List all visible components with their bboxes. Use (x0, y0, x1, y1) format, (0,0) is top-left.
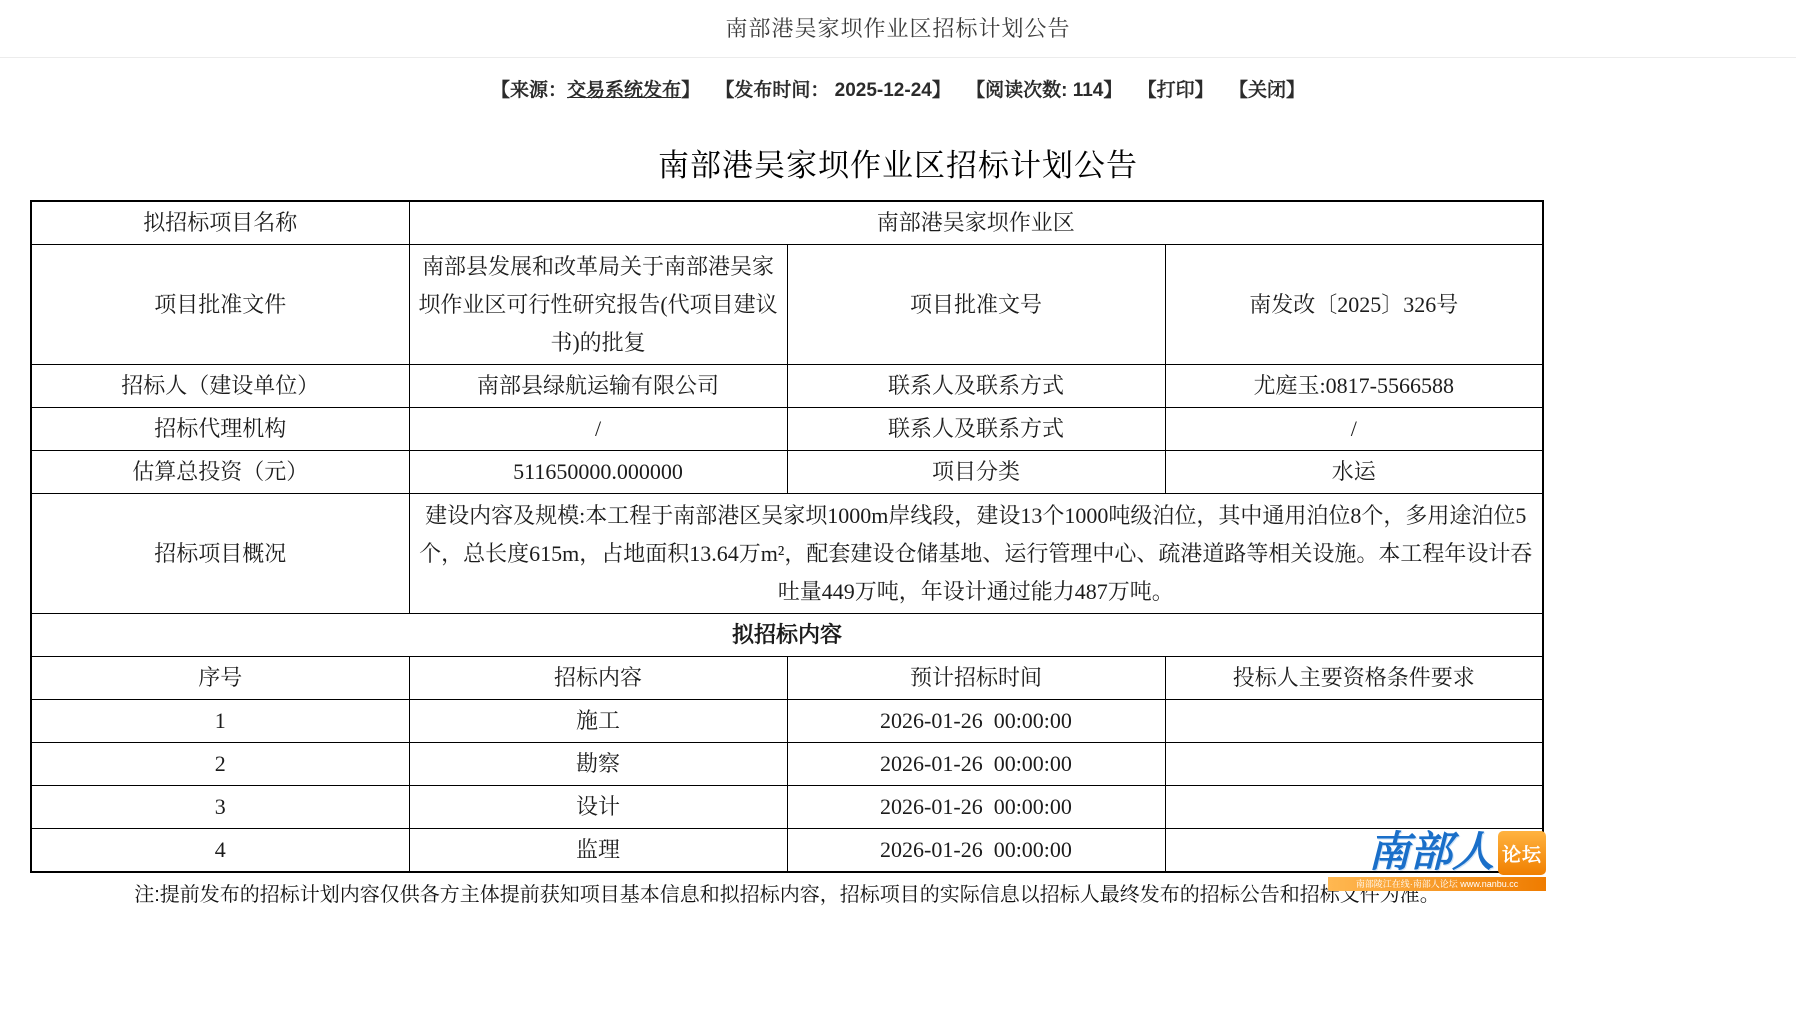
bid-row-content: 监理 (409, 829, 787, 873)
meta-read-count: 【阅读次数: 114】 (966, 75, 1122, 102)
meta-bar: 【来源：交易系统发布】 【发布时间： 2025-12-24】 【阅读次数: 11… (0, 75, 1796, 102)
bid-row-time: 2026-01-26 00:00:00 (787, 786, 1165, 829)
category-value: 水运 (1165, 451, 1543, 494)
bid-row-content: 设计 (409, 786, 787, 829)
bid-row-time: 2026-01-26 00:00:00 (787, 743, 1165, 786)
bid-row-requirements (1165, 743, 1543, 786)
table-row: 招标人（建设单位） 南部县绿航运输有限公司 联系人及联系方式 尤庭玉:0817-… (31, 365, 1543, 408)
table-row: 项目批准文件 南部县发展和改革局关于南部港吴家坝作业区可行性研究报告(代项目建议… (31, 245, 1543, 365)
investment-label: 估算总投资（元） (31, 451, 409, 494)
col-header-content: 招标内容 (409, 657, 787, 700)
table-row: 拟招标项目名称 南部港吴家坝作业区 (31, 201, 1543, 245)
project-name-label: 拟招标项目名称 (31, 201, 409, 245)
table-header-row: 序号 招标内容 预计招标时间 投标人主要资格条件要求 (31, 657, 1543, 700)
watermark-row: 南部人 论坛 (1328, 831, 1546, 875)
bid-row-time: 2026-01-26 00:00:00 (787, 829, 1165, 873)
bid-row-requirements (1165, 700, 1543, 743)
approval-no-value: 南发改〔2025〕326号 (1165, 245, 1543, 365)
meta-source-link[interactable]: 交易系统发布 (567, 80, 681, 101)
header-divider (0, 57, 1796, 58)
print-button[interactable]: 【打印】 (1138, 75, 1214, 102)
table-row: 招标项目概况 建设内容及规模:本工程于南部港区吴家坝1000m岸线段，建设13个… (31, 494, 1543, 614)
forum-watermark: 南部人 论坛 南部陵江在线·南部人论坛 www.nanbu.cc (1328, 831, 1546, 891)
disclaimer-note: 注:提前发布的招标计划内容仅供各方主体提前获知项目基本信息和拟招标内容，招标项目… (30, 878, 1544, 907)
forum-badge: 论坛 (1498, 831, 1546, 875)
category-label: 项目分类 (787, 451, 1165, 494)
col-header-time: 预计招标时间 (787, 657, 1165, 700)
bid-row-no: 1 (31, 700, 409, 743)
tenderee-label: 招标人（建设单位） (31, 365, 409, 408)
bid-row-time: 2026-01-26 00:00:00 (787, 700, 1165, 743)
bid-row-content: 施工 (409, 700, 787, 743)
tenderee-value: 南部县绿航运输有限公司 (409, 365, 787, 408)
tender-plan-table: 拟招标项目名称 南部港吴家坝作业区 项目批准文件 南部县发展和改革局关于南部港吴… (30, 200, 1544, 873)
bid-row-no: 2 (31, 743, 409, 786)
meta-publish-time: 【发布时间： 2025-12-24】 (715, 75, 950, 102)
table-row: 1 施工 2026-01-26 00:00:00 (31, 700, 1543, 743)
table-row: 4 监理 2026-01-26 00:00:00 (31, 829, 1543, 873)
agency-label: 招标代理机构 (31, 408, 409, 451)
meta-source-close: 】 (681, 80, 700, 101)
page-title: 南部港吴家坝作业区招标计划公告 (0, 0, 1796, 43)
contact1-label: 联系人及联系方式 (787, 365, 1165, 408)
investment-value: 511650000.000000 (409, 451, 787, 494)
overview-value: 建设内容及规模:本工程于南部港区吴家坝1000m岸线段，建设13个1000吨级泊… (409, 494, 1543, 614)
bid-row-no: 3 (31, 786, 409, 829)
document-heading: 南部港吴家坝作业区招标计划公告 (0, 140, 1796, 185)
contact1-value: 尤庭玉:0817-5566588 (1165, 365, 1543, 408)
bid-section-title: 拟招标内容 (31, 614, 1543, 657)
table-row: 拟招标内容 (31, 614, 1543, 657)
table-row: 招标代理机构 / 联系人及联系方式 / (31, 408, 1543, 451)
bid-row-no: 4 (31, 829, 409, 873)
col-header-no: 序号 (31, 657, 409, 700)
table-row: 2 勘察 2026-01-26 00:00:00 (31, 743, 1543, 786)
announcement-page: 南部港吴家坝作业区招标计划公告 【来源：交易系统发布】 【发布时间： 2025-… (0, 0, 1796, 1028)
forum-brand-logo: 南部人 (1368, 831, 1494, 875)
approval-doc-label: 项目批准文件 (31, 245, 409, 365)
meta-source: 【来源：交易系统发布】 (491, 75, 700, 102)
contact2-label: 联系人及联系方式 (787, 408, 1165, 451)
col-header-requirements: 投标人主要资格条件要求 (1165, 657, 1543, 700)
project-name-value: 南部港吴家坝作业区 (409, 201, 1543, 245)
table-row: 3 设计 2026-01-26 00:00:00 (31, 786, 1543, 829)
approval-doc-value: 南部县发展和改革局关于南部港吴家坝作业区可行性研究报告(代项目建议书)的批复 (409, 245, 787, 365)
bid-row-requirements (1165, 786, 1543, 829)
contact2-value: / (1165, 408, 1543, 451)
approval-no-label: 项目批准文号 (787, 245, 1165, 365)
bid-row-content: 勘察 (409, 743, 787, 786)
agency-value: / (409, 408, 787, 451)
meta-source-label: 【来源： (491, 80, 567, 101)
overview-label: 招标项目概况 (31, 494, 409, 614)
forum-url-strip: 南部陵江在线·南部人论坛 www.nanbu.cc (1328, 877, 1546, 891)
table-row: 估算总投资（元） 511650000.000000 项目分类 水运 (31, 451, 1543, 494)
close-button[interactable]: 【关闭】 (1229, 75, 1305, 102)
